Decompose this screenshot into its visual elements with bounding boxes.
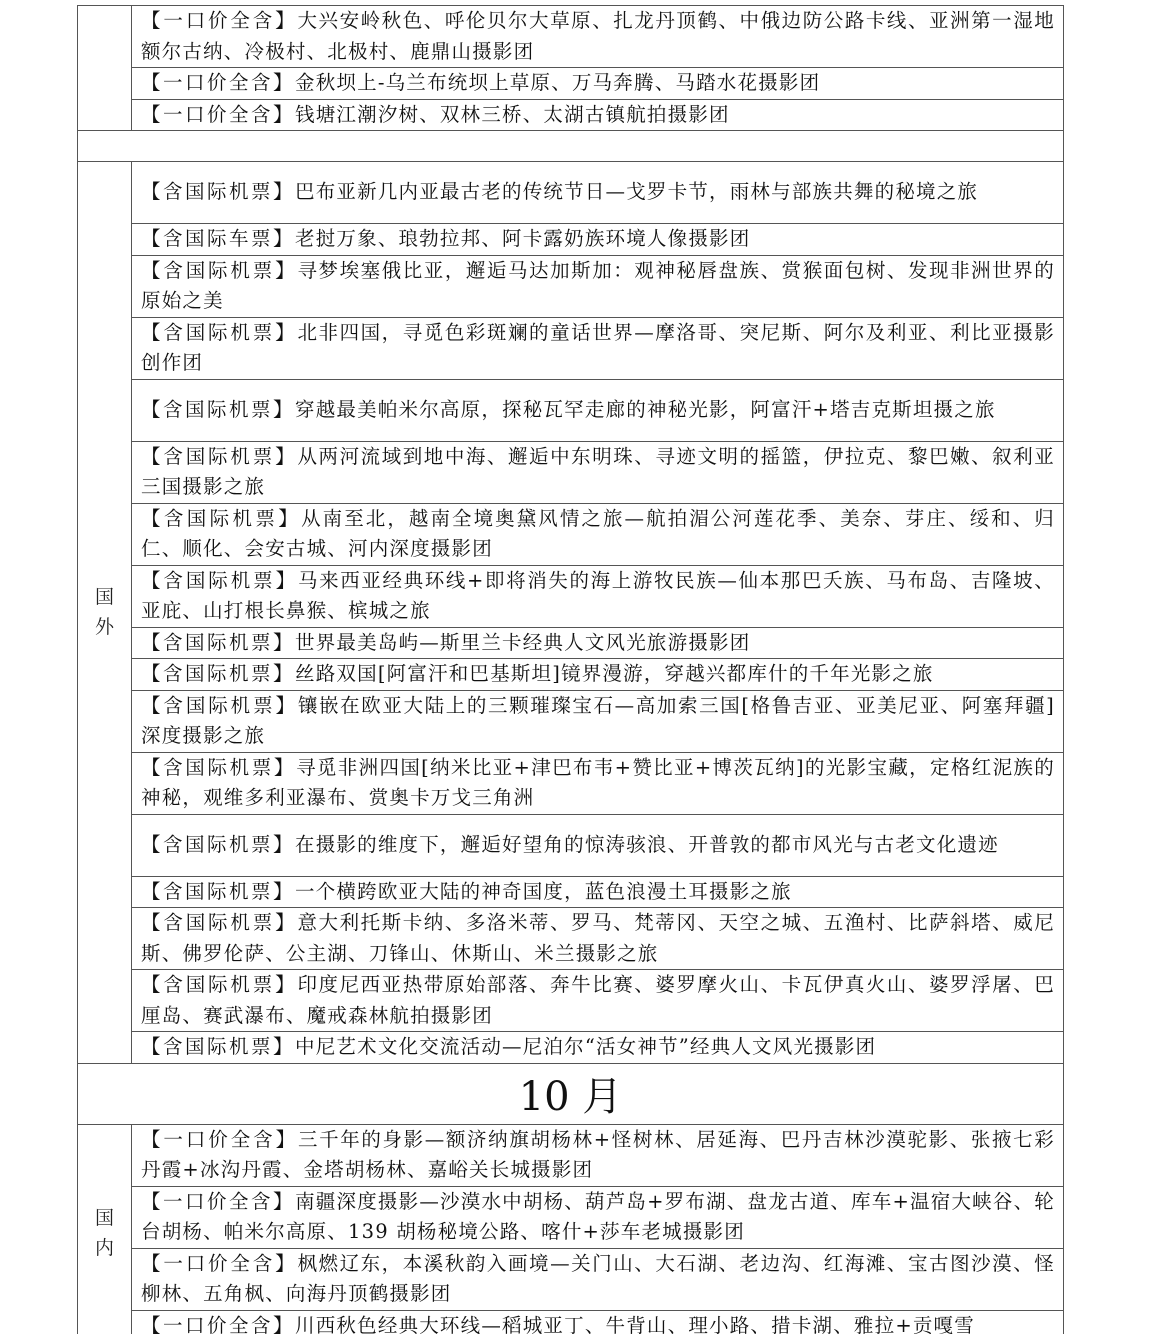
item-tag: 【含国际机票】 (141, 662, 295, 685)
table-row: 【含国际机票】一个横跨欧亚大陆的神奇国度，蓝色浪漫土耳摄影之旅 (78, 876, 1064, 908)
item-text: 钱塘江潮汐树、双林三桥、太湖古镇航拍摄影团 (295, 103, 730, 126)
table-row: 【一口价全含】南疆深度摄影—沙漠水中胡杨、葫芦岛+罗布湖、盘龙古道、库车+温宿大… (78, 1186, 1064, 1248)
item-tag: 【一口价全含】 (141, 71, 295, 94)
list-item: 【含国际机票】从两河流域到地中海、邂逅中东明珠、寻迹文明的摇篮，伊拉克、黎巴嫩、… (132, 441, 1064, 503)
item-tag: 【含国际机票】 (141, 694, 298, 717)
item-tag: 【含国际机票】 (141, 259, 297, 282)
item-tag: 【含国际机票】 (141, 1035, 295, 1058)
month-header-row: 10 月 (78, 1063, 1064, 1124)
table-row: 【含国际车票】老挝万象、琅勃拉邦、阿卡露奶族环境人像摄影团 (78, 224, 1064, 256)
table-row: 【含国际机票】北非四国，寻觅色彩斑斓的童话世界—摩洛哥、突尼斯、阿尔及利亚、利比… (78, 317, 1064, 379)
list-item: 【含国际机票】镶嵌在欧亚大陆上的三颗璀璨宝石—高加索三国[格鲁吉亚、亚美尼亚、阿… (132, 690, 1064, 752)
item-tag: 【一口价全含】 (141, 1252, 297, 1275)
item-tag: 【含国际机票】 (141, 833, 295, 856)
item-text: 世界最美岛屿—斯里兰卡经典人文风光旅游摄影团 (295, 631, 750, 654)
table-row: 【含国际机票】马来西亚经典环线+即将消失的海上游牧民族—仙本那巴夭族、马布岛、吉… (78, 565, 1064, 627)
table-row: 【含国际机票】意大利托斯卡纳、多洛米蒂、罗马、梵蒂冈、天空之城、五渔村、比萨斜塔… (78, 908, 1064, 970)
table-row: 【一口价全含】金秋坝上-乌兰布统坝上草原、万马奔腾、马踏水花摄影团 (78, 68, 1064, 100)
table-row: 【含国际机票】寻觅非洲四国[纳米比亚+津巴布韦+赞比亚+博茨瓦纳]的光影宝藏，定… (78, 752, 1064, 814)
category-cell-prev (78, 6, 132, 131)
table-row: 【含国际机票】在摄影的维度下，邂逅好望角的惊涛骇浪、开普敦的都市风光与古老文化遗… (78, 814, 1064, 876)
item-tag: 【含国际机票】 (141, 398, 295, 421)
category-char: 国 (78, 582, 131, 612)
item-tag: 【含国际机票】 (141, 507, 301, 530)
table-row: 【含国际机票】丝路双国[阿富汗和巴基斯坦]镜界漫游，穿越兴都库什的千年光影之旅 (78, 659, 1064, 691)
item-tag: 【含国际机票】 (141, 445, 297, 468)
item-tag: 【含国际机票】 (141, 631, 295, 654)
list-item: 【含国际机票】穿越最美帕米尔高原，探秘瓦罕走廊的神秘光影，阿富汗+塔吉克斯坦摄之… (132, 379, 1064, 441)
item-text: 穿越最美帕米尔高原，探秘瓦罕走廊的神秘光影，阿富汗+塔吉克斯坦摄之旅 (295, 398, 996, 421)
item-tag: 【含国际机票】 (141, 756, 296, 779)
item-tag: 【含国际机票】 (141, 180, 295, 203)
list-item: 【含国际机票】巴布亚新几内亚最古老的传统节日—戈罗卡节，雨林与部族共舞的秘境之旅 (132, 162, 1064, 224)
category-cell-domestic: 国 内 (78, 1124, 132, 1334)
category-char: 内 (78, 1233, 131, 1263)
item-tag: 【一口价全含】 (141, 1128, 298, 1151)
table-row: 【含国际机票】中尼艺术文化交流活动—尼泊尔“活女神节”经典人文风光摄影团 (78, 1032, 1064, 1064)
item-tag: 【含国际机票】 (141, 569, 298, 592)
list-item: 【一口价全含】三千年的身影—额济纳旗胡杨林+怪树林、居延海、巴丹吉林沙漠驼影、张… (132, 1124, 1064, 1186)
list-item: 【含国际机票】丝路双国[阿富汗和巴基斯坦]镜界漫游，穿越兴都库什的千年光影之旅 (132, 659, 1064, 691)
table-row: 国 外 【含国际机票】巴布亚新几内亚最古老的传统节日—戈罗卡节，雨林与部族共舞的… (78, 162, 1064, 224)
month-title: 10 月 (78, 1063, 1064, 1124)
list-item: 【含国际机票】寻觅非洲四国[纳米比亚+津巴布韦+赞比亚+博茨瓦纳]的光影宝藏，定… (132, 752, 1064, 814)
list-item: 【一口价全含】枫燃辽东，本溪秋韵入画境—关门山、大石湖、老边沟、红海滩、宝古图沙… (132, 1248, 1064, 1310)
item-text: 丝路双国[阿富汗和巴基斯坦]镜界漫游，穿越兴都库什的千年光影之旅 (295, 662, 934, 685)
table-row: 【含国际机票】寻梦埃塞俄比亚，邂逅马达加斯加：观神秘唇盘族、赏猴面包树、发现非洲… (78, 255, 1064, 317)
item-text: 川西秋色经典大环线—稻城亚丁、牛背山、理小路、措卡湖、雅拉+贡嘎雪 (295, 1314, 975, 1334)
table-row: 国 内 【一口价全含】三千年的身影—额济纳旗胡杨林+怪树林、居延海、巴丹吉林沙漠… (78, 1124, 1064, 1186)
table-row: 【含国际机票】穿越最美帕米尔高原，探秘瓦罕走廊的神秘光影，阿富汗+塔吉克斯坦摄之… (78, 379, 1064, 441)
list-item: 【一口价全含】南疆深度摄影—沙漠水中胡杨、葫芦岛+罗布湖、盘龙古道、库车+温宿大… (132, 1186, 1064, 1248)
table-row: 【含国际机票】镶嵌在欧亚大陆上的三颗璀璨宝石—高加索三国[格鲁吉亚、亚美尼亚、阿… (78, 690, 1064, 752)
blank-row (78, 131, 1064, 162)
item-text: 一个横跨欧亚大陆的神奇国度，蓝色浪漫土耳摄影之旅 (295, 880, 792, 903)
table-row: 【一口价全含】钱塘江潮汐树、双林三桥、太湖古镇航拍摄影团 (78, 99, 1064, 131)
list-item: 【含国际机票】从南至北，越南全境奥黛风情之旅—航拍湄公河莲花季、美奈、芽庄、绥和… (132, 503, 1064, 565)
list-item: 【含国际机票】北非四国，寻觅色彩斑斓的童话世界—摩洛哥、突尼斯、阿尔及利亚、利比… (132, 317, 1064, 379)
table-row: 【含国际机票】从南至北，越南全境奥黛风情之旅—航拍湄公河莲花季、美奈、芽庄、绥和… (78, 503, 1064, 565)
list-item: 【含国际车票】老挝万象、琅勃拉邦、阿卡露奶族环境人像摄影团 (132, 224, 1064, 256)
list-item: 【含国际机票】马来西亚经典环线+即将消失的海上游牧民族—仙本那巴夭族、马布岛、吉… (132, 565, 1064, 627)
list-item: 【含国际机票】意大利托斯卡纳、多洛米蒂、罗马、梵蒂冈、天空之城、五渔村、比萨斜塔… (132, 908, 1064, 970)
table-row: 【一口价全含】大兴安岭秋色、呼伦贝尔大草原、扎龙丹顶鹤、中俄边防公路卡线、亚洲第… (78, 6, 1064, 68)
list-item: 【含国际机票】在摄影的维度下，邂逅好望角的惊涛骇浪、开普敦的都市风光与古老文化遗… (132, 814, 1064, 876)
item-text: 金秋坝上-乌兰布统坝上草原、万马奔腾、马踏水花摄影团 (295, 71, 820, 94)
table-row: 【一口价全含】枫燃辽东，本溪秋韵入画境—关门山、大石湖、老边沟、红海滩、宝古图沙… (78, 1248, 1064, 1310)
list-item: 【一口价全含】金秋坝上-乌兰布统坝上草原、万马奔腾、马踏水花摄影团 (132, 68, 1064, 100)
category-cell-abroad: 国 外 (78, 162, 132, 1064)
list-item: 【含国际机票】寻梦埃塞俄比亚，邂逅马达加斯加：观神秘唇盘族、赏猴面包树、发现非洲… (132, 255, 1064, 317)
table-row: 【含国际机票】世界最美岛屿—斯里兰卡经典人文风光旅游摄影团 (78, 627, 1064, 659)
table-row: 【含国际机票】从两河流域到地中海、邂逅中东明珠、寻迹文明的摇篮，伊拉克、黎巴嫩、… (78, 441, 1064, 503)
item-tag: 【一口价全含】 (141, 9, 297, 32)
item-tag: 【含国际机票】 (141, 880, 295, 903)
item-tag: 【含国际机票】 (141, 911, 297, 934)
table-row: 【含国际机票】印度尼西亚热带原始部落、奔牛比赛、婆罗摩火山、卡瓦伊真火山、婆罗浮… (78, 970, 1064, 1032)
item-text: 老挝万象、琅勃拉邦、阿卡露奶族环境人像摄影团 (295, 227, 750, 250)
item-tag: 【含国际机票】 (141, 321, 297, 344)
list-item: 【一口价全含】钱塘江潮汐树、双林三桥、太湖古镇航拍摄影团 (132, 99, 1064, 131)
blank-cell (78, 131, 1064, 162)
item-tag: 【一口价全含】 (141, 103, 295, 126)
item-tag: 【一口价全含】 (141, 1190, 295, 1213)
item-text: 中尼艺术文化交流活动—尼泊尔“活女神节”经典人文风光摄影团 (295, 1035, 876, 1058)
list-item: 【含国际机票】印度尼西亚热带原始部落、奔牛比赛、婆罗摩火山、卡瓦伊真火山、婆罗浮… (132, 970, 1064, 1032)
itinerary-table: 【一口价全含】大兴安岭秋色、呼伦贝尔大草原、扎龙丹顶鹤、中俄边防公路卡线、亚洲第… (77, 5, 1064, 1334)
list-item: 【一口价全含】大兴安岭秋色、呼伦贝尔大草原、扎龙丹顶鹤、中俄边防公路卡线、亚洲第… (132, 6, 1064, 68)
item-text: 巴布亚新几内亚最古老的传统节日—戈罗卡节，雨林与部族共舞的秘境之旅 (295, 180, 978, 203)
category-char: 外 (78, 612, 131, 642)
list-item: 【含国际机票】一个横跨欧亚大陆的神奇国度，蓝色浪漫土耳摄影之旅 (132, 876, 1064, 908)
item-tag: 【含国际机票】 (141, 973, 297, 996)
table-row: 【一口价全含】川西秋色经典大环线—稻城亚丁、牛背山、理小路、措卡湖、雅拉+贡嘎雪 (78, 1310, 1064, 1334)
category-char: 国 (78, 1203, 131, 1233)
list-item: 【含国际机票】世界最美岛屿—斯里兰卡经典人文风光旅游摄影团 (132, 627, 1064, 659)
list-item: 【含国际机票】中尼艺术文化交流活动—尼泊尔“活女神节”经典人文风光摄影团 (132, 1032, 1064, 1064)
item-tag: 【一口价全含】 (141, 1314, 295, 1334)
item-text: 在摄影的维度下，邂逅好望角的惊涛骇浪、开普敦的都市风光与古老文化遗迹 (295, 833, 999, 856)
item-tag: 【含国际车票】 (141, 227, 295, 250)
list-item: 【一口价全含】川西秋色经典大环线—稻城亚丁、牛背山、理小路、措卡湖、雅拉+贡嘎雪 (132, 1310, 1064, 1334)
